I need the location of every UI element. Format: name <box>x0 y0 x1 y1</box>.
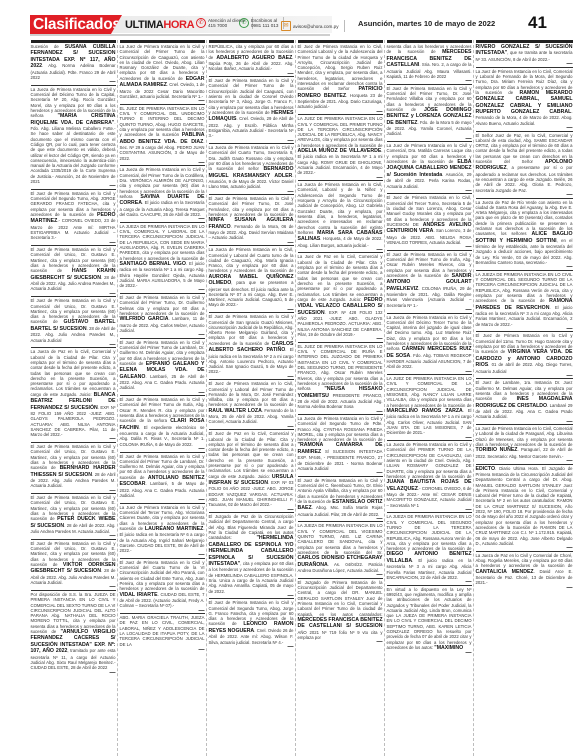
notice-code: ▬▬ <box>387 189 472 193</box>
notice-code: ▬▬ <box>31 671 116 675</box>
legal-notice: El Juez de Primera Instancia en lo Civil… <box>31 493 116 538</box>
legal-notice: Sucesión de SUSANA CUBILLA FERNANDEZ S/ … <box>31 40 116 84</box>
classifieds-columns: Sucesión de SUSANA CUBILLA FERNANDEZ S/ … <box>29 40 579 756</box>
legal-notice: El Juez de Primera Instancia en lo Civil… <box>31 539 116 589</box>
decedent-name: RAUL WALTER LOZA <box>209 408 262 414</box>
notice-text: El Juez de Primera Instancia en lo Civil… <box>209 196 294 217</box>
notice-code: ▬▬ <box>209 375 294 379</box>
notice-text: ABG. MARIA GRACIELA TRAUTH, JUEZA DE PAZ… <box>120 615 205 646</box>
notice-text: . 01 de abril de 2022. Abg. Diego Torres… <box>476 362 573 373</box>
notice-code: ▬▬ <box>31 241 116 245</box>
legal-notice: El Juez de Primera Instancia en lo Civil… <box>387 193 472 248</box>
mail-icon: ✉ <box>281 21 291 31</box>
notice-code: ▬▬ <box>387 651 472 655</box>
legal-notice: Por disposición de S.S. la Sra. JUEZA DE… <box>31 590 116 674</box>
legal-notice: La Juez de Primera Instancia en lo Civil… <box>387 141 472 192</box>
notice-code: ▬▬ <box>209 190 294 194</box>
notice-text: El Juez de Primera Instancia en lo Civil… <box>120 560 205 591</box>
notice-code: ▬▬ <box>120 217 205 221</box>
legal-notice: La Jueza de Paz en lo Civil y Comercial … <box>476 551 573 589</box>
legal-notice: La Juez de Primera Instancia en lo Civil… <box>476 424 573 462</box>
decedent-name: SANTIAGO BERNAL VIGO <box>120 261 186 267</box>
legal-notice: LA JUEZA DE PRIMERA INSTANCIA EN LO CIVI… <box>387 512 472 583</box>
column-4: El Juez de Primera Instancia en lo Civil… <box>296 40 385 756</box>
decedent-name: ADELIA MUÑOZ DE VILLAVERDE <box>298 148 382 154</box>
legal-notice: El Juez de Paz en lo Civil, Comercial y … <box>209 429 294 511</box>
legal-notice: sesenta días a los herederos y acreedore… <box>387 40 472 83</box>
decedent-name: "MAXIMINO <box>434 645 463 651</box>
notice-text: La Jueza de Paz en lo Civil, Comercial y… <box>31 349 116 396</box>
column-2: La Juez de Primera Instancia en lo Civil… <box>118 40 207 756</box>
notice-code: ▬▬ <box>476 546 573 550</box>
notice-code: ▬▬ <box>31 184 116 188</box>
notice-text: La Jueza de Primera Instancia en lo Civi… <box>209 247 294 273</box>
legal-notice: La Juez de Primera Instancia en lo Civil… <box>120 40 205 103</box>
legal-notice: El Juez de Primera Instancia en lo Civil… <box>209 598 294 648</box>
legal-notice: REPÚBLICA, cita y emplaza por 60 días a … <box>209 40 294 75</box>
whatsapp-icon: ✆ <box>239 18 249 28</box>
legal-notice: En virtud a lo dispuesto en la Ley Nº 69… <box>387 585 472 655</box>
notice-text: LA JUEZA DE PRIMERA INSTANCIA EN LO CIVI… <box>298 523 383 554</box>
legal-notice: LA JUEZ DE PRIMERA INSTANCIA EN LO CIVIL… <box>387 374 472 439</box>
notice-code: ▬▬ <box>120 288 205 292</box>
section-title: Clasificados <box>30 15 122 34</box>
notice-code: ▬▬ <box>120 99 205 103</box>
notice-code: ▬▬ <box>387 137 472 141</box>
notice-code: ▬▬ <box>298 640 383 644</box>
notice-code: ▬▬ <box>298 517 383 521</box>
notice-code: ▬▬ <box>120 333 205 337</box>
legal-notice: El Juez de Primera Instancia en lo Civil… <box>120 293 205 337</box>
page-header: Clasificados ULTIMAHORA ✆ Atención al cl… <box>0 0 580 38</box>
notice-code: ▬▬ <box>298 248 383 252</box>
notice-text: LA JUEZ DE PRIMERA INSTANCIA EN LO CIVIL… <box>387 376 472 407</box>
notice-code: ▬▬ <box>476 327 573 331</box>
notice-code: ▬▬ <box>31 292 116 296</box>
notice-code: ▬▬ <box>31 585 116 589</box>
notice-code: ▬▬ <box>298 410 383 414</box>
decedent-name: TORIBIO NUÑEZ <box>476 447 518 453</box>
notice-code: ▬▬ <box>31 343 116 347</box>
column-1: Sucesión de SUSANA CUBILLA FERNANDEZ S/ … <box>29 40 118 756</box>
notice-code: ▬▬ <box>476 193 573 197</box>
notice-code: ▬▬ <box>31 80 116 84</box>
notice-code: ▬▬ <box>387 79 472 83</box>
notice-code: ▬▬ <box>120 648 205 652</box>
legal-notice: El Juez de Primera Instancia en lo Civil… <box>31 296 116 346</box>
notice-code: ▬▬ <box>387 436 472 440</box>
notice-text: AÑO 2021 Nº 719 folio Nº 9 vto cita y em… <box>298 630 383 640</box>
legal-notice: El Juez de Primera Instancia en lo Civil… <box>120 558 205 612</box>
contact-whatsapp: ✆ Escribinos al0981 111 013 <box>239 17 284 29</box>
legal-notice: El Juez de Lambare, 1ra. Instancia Dr. J… <box>476 378 573 423</box>
legal-notice: La Jueza de Primera Instancia en lo Civi… <box>31 85 116 188</box>
notice-code: ▬▬ <box>209 425 294 429</box>
notice-code: ▬▬ <box>476 420 573 424</box>
legal-notice: El Juez de Primera Instancia en lo Civil… <box>209 312 294 378</box>
legal-notice: El Juez de Primera Instancia en lo Civil… <box>387 84 472 141</box>
legal-notice: La Juez de Paz en lo Civil, Comercial y … <box>298 252 383 340</box>
legal-notice: El Juez de Primera Instancia en lo Civil… <box>298 40 383 113</box>
notice-text: El Juez de Primera Instancia en lo Civil… <box>120 295 205 316</box>
notice-text: La Juez de Paz en lo Civil, Comercial y … <box>298 254 383 301</box>
legal-notice: El Juzgado de Primera Instancia de la Ci… <box>298 578 383 644</box>
decedent-name: MERCEDES FRANCISCA BENITEZ DE CASTELLANI… <box>298 617 383 629</box>
notice-code: ▬▬ <box>387 308 472 312</box>
column-3: REPÚBLICA, cita y emplaza por 60 días a … <box>207 40 296 756</box>
legal-notice: El Juzgado de Paz de la Circunscripción … <box>209 512 294 597</box>
legal-notice: EDICTO. Diario Ultima Hora. El Juzgado d… <box>476 464 573 550</box>
legal-notice: LA JUEZ DE PRIMERA INSTANCIA EN LO CIVIL… <box>298 114 383 179</box>
legal-notice: La Jueza de Primera Instancia en lo Civi… <box>298 180 383 251</box>
legal-notice: RIVERO GONZALEZ S/ SUCESIÓN INTESTADA", … <box>476 40 573 66</box>
notice-text: EL JUEZ DE PRIMERA INSTANCIA EN LO CIVIL… <box>298 344 383 391</box>
legal-notice: La Jueza de Paz de Río Verde con asiento… <box>476 198 573 269</box>
notice-code: ▬▬ <box>209 308 294 312</box>
notice-code: ▬▬ <box>476 586 573 590</box>
legal-notice: La Juez de Primera Instancia en lo Civil… <box>476 67 573 130</box>
notice-text: La Jueza de Primera Instancia en lo Civi… <box>298 416 383 442</box>
legal-notice: El Juez de Primera Instancia en lo Civil… <box>31 245 116 295</box>
decedent-name: VIDAL IRIARTE <box>120 592 158 598</box>
legal-notice: LA JUEZA DE PRIMERA INSTANCIA EN LO CIVI… <box>298 521 383 576</box>
decedent-name: MARCELINO RAMOS ZARZA <box>387 408 463 414</box>
notice-code: ▬▬ <box>387 508 472 512</box>
legal-notice: La Jueza de Primera Instancia en lo Civi… <box>209 245 294 311</box>
legal-notice: La Jueza de Paz en lo Civil, Comercial y… <box>31 347 116 441</box>
legal-notice: El Juez de Primera Instancia en lo Civil… <box>120 452 205 502</box>
notice-code: ▬▬ <box>298 337 383 341</box>
decedent-name: LAUREANO MARTINEZ <box>145 526 203 532</box>
notice-code: ▬▬ <box>476 62 573 66</box>
notice-text: LA JUEZ DE PRIMERA INSTANCIA EN LO CIVIL… <box>298 116 383 147</box>
legal-notice: La Juez de Primera Instancia en lo Civil… <box>120 503 205 557</box>
legal-notice: El Juez de Primera Instancia en lo Civil… <box>209 379 294 428</box>
newspaper-logo: ULTIMAHORA <box>125 17 194 33</box>
notice-code: ▬▬ <box>209 508 294 512</box>
notice-text: . Fdo. Abg. Liliana Melissa Caballero Fo… <box>31 120 116 184</box>
decedent-name: CANTALICIA MENDEZ <box>476 569 534 575</box>
notice-text: Sucesión de <box>31 44 65 49</box>
legal-notice: El Juez de Primera Instancia en lo Civil… <box>31 189 116 244</box>
notice-text: . Diario Ultima Hora. El Juzgado de Prim… <box>476 466 573 546</box>
notice-text: LA JUEZA DE PRIMERA INSTANCIA EN LO CIVI… <box>387 514 472 551</box>
notice-text: El Juez de Primera Instancia en lo Civil… <box>209 381 294 407</box>
legal-notice: ABG. MARIA GRACIELA TRAUTH, JUEZA DE PAZ… <box>120 613 205 651</box>
legal-notice: El Juez de Primera Instancia en lo Civil… <box>476 331 573 377</box>
notice-code: ▬▬ <box>31 437 116 441</box>
notice-text: La Jueza de Primera Instancia en lo Civi… <box>298 182 383 235</box>
logo-part-ultima: ULTIMA <box>125 19 163 31</box>
notice-text: . Abg. Norma Adelina Bodenar (Actuaria J… <box>31 63 116 80</box>
notice-code: ▬▬ <box>209 645 294 649</box>
legal-notice: El Señor Juez de Paz, en lo Civil, Comer… <box>476 131 573 197</box>
notice-text: Por disposición de S.S. la Sra. JUEZA DE… <box>31 592 116 634</box>
notice-code: ▬▬ <box>298 110 383 114</box>
column-5: sesenta días a los herederos y acreedore… <box>385 40 474 756</box>
legal-notice: La Jueza de Primera Instancia en lo Civi… <box>209 143 294 193</box>
contact-whatsapp-number: 0981 111 013 <box>251 23 278 28</box>
contact-email-address: avisos@uhora.com.py <box>293 24 339 29</box>
notice-code: ▬▬ <box>120 447 205 451</box>
notice-code: ▬▬ <box>387 580 472 584</box>
notice-code: ▬▬ <box>120 553 205 557</box>
phone-icon: ✆ <box>196 18 206 28</box>
logo-part-hora: HORA <box>163 19 194 31</box>
legal-notice: El Juez de Primera Instancia en lo Civil… <box>120 338 205 395</box>
decedent-name: ADALBERTO AGUERO BAEZ <box>216 55 292 61</box>
legal-notice: La Jueza de Primera Instancia en lo Civi… <box>387 440 472 511</box>
notice-text: La Jueza de Paz en lo Civil y Comercial … <box>476 553 573 569</box>
notice-code: ▬▬ <box>387 245 472 249</box>
divider <box>344 20 345 32</box>
legal-notice: El Juez de Primera Instancia en lo Civil… <box>31 442 116 492</box>
notice-text: LA JUEZA DE PRIMERA INSTANCIA EN LO CIVI… <box>120 224 205 261</box>
page-number: 41 <box>528 13 547 33</box>
decedent-name: EDICTO <box>476 466 496 472</box>
legal-notice: La Jueza de Primera Instancia en lo Civi… <box>120 165 205 220</box>
notice-code: ▬▬ <box>209 72 294 76</box>
notice-text: El Juez de Primera Instancia en lo Civil… <box>298 44 383 91</box>
issue-date: Asunción, martes 10 de mayo de 2022 <box>358 19 495 28</box>
legal-notice: El Juez de Primera Instancia en lo Civil… <box>120 395 205 450</box>
legal-notice: El Juez de Primera Instancia en lo Civil… <box>209 76 294 142</box>
legal-notice: La Jueza de Primera Instancia en lo Civi… <box>298 414 383 475</box>
notice-code: ▬▬ <box>298 573 383 577</box>
notice-code: ▬▬ <box>476 126 573 130</box>
legal-notice: EL JUEZ DE PRIMERA INSTANCIA EN LO CIVIL… <box>298 342 383 413</box>
notice-code: ▬▬ <box>298 471 383 475</box>
header-rule <box>30 34 330 36</box>
notice-code: ▬▬ <box>120 391 205 395</box>
notice-text: El Juez de Paz en lo Civil, Comercial y … <box>209 431 294 478</box>
notice-code: ▬▬ <box>209 139 294 143</box>
notice-text: En virtud a lo dispuesto en la Ley Nº 69… <box>387 587 472 650</box>
notice-code: ▬▬ <box>120 498 205 502</box>
notice-code: ▬▬ <box>120 609 205 613</box>
notice-code: ▬▬ <box>298 176 383 180</box>
notice-code: ▬▬ <box>476 459 573 463</box>
contact-email: ✉ avisos@uhora.com.py <box>281 20 345 32</box>
decedent-name: WILFRIDO GARCIA <box>120 316 169 322</box>
notice-code: ▬▬ <box>476 265 573 269</box>
legal-notice: LA JUEZA DE PRIMERA INSTANCIA EN LO CIVI… <box>120 222 205 292</box>
legal-notice: El Juez de Primera Instancia en lo Civil… <box>387 250 472 312</box>
legal-notice: El Juez de Primera Instancia en lo Civil… <box>209 194 294 244</box>
notice-text: La Jueza de Primera Instancia en lo Civi… <box>387 442 472 479</box>
notice-code: ▬▬ <box>31 534 116 538</box>
notice-code: ▬▬ <box>209 241 294 245</box>
legal-notice: La Jueza de Primera Instancia en lo Civi… <box>387 313 472 374</box>
legal-notice: LA JUEZA DE PRIMERA INSTANCIA EN LO CIVI… <box>476 270 573 331</box>
notice-text: La Juez de Primera Instancia en lo Civil… <box>476 426 573 447</box>
legal-notice: EL JUEZ DE PRIMERA INSTANCIA EN LO CIVIL… <box>120 104 205 165</box>
notice-code: ▬▬ <box>387 370 472 374</box>
notice-text: El Juzgado de Primera Instancia de la Ci… <box>298 580 383 617</box>
legal-notice: El Juez de Primera Instancia en lo Civil… <box>298 476 383 521</box>
notice-code: ▬▬ <box>209 594 294 598</box>
column-6: RIVERO GONZALEZ S/ SUCESIÓN INTESTADA", … <box>474 40 574 756</box>
contact-phone-number: 415 7000 <box>208 23 227 28</box>
notice-code: ▬▬ <box>120 161 205 165</box>
notice-code: ▬▬ <box>31 489 116 493</box>
notice-code: ▬▬ <box>476 374 573 378</box>
